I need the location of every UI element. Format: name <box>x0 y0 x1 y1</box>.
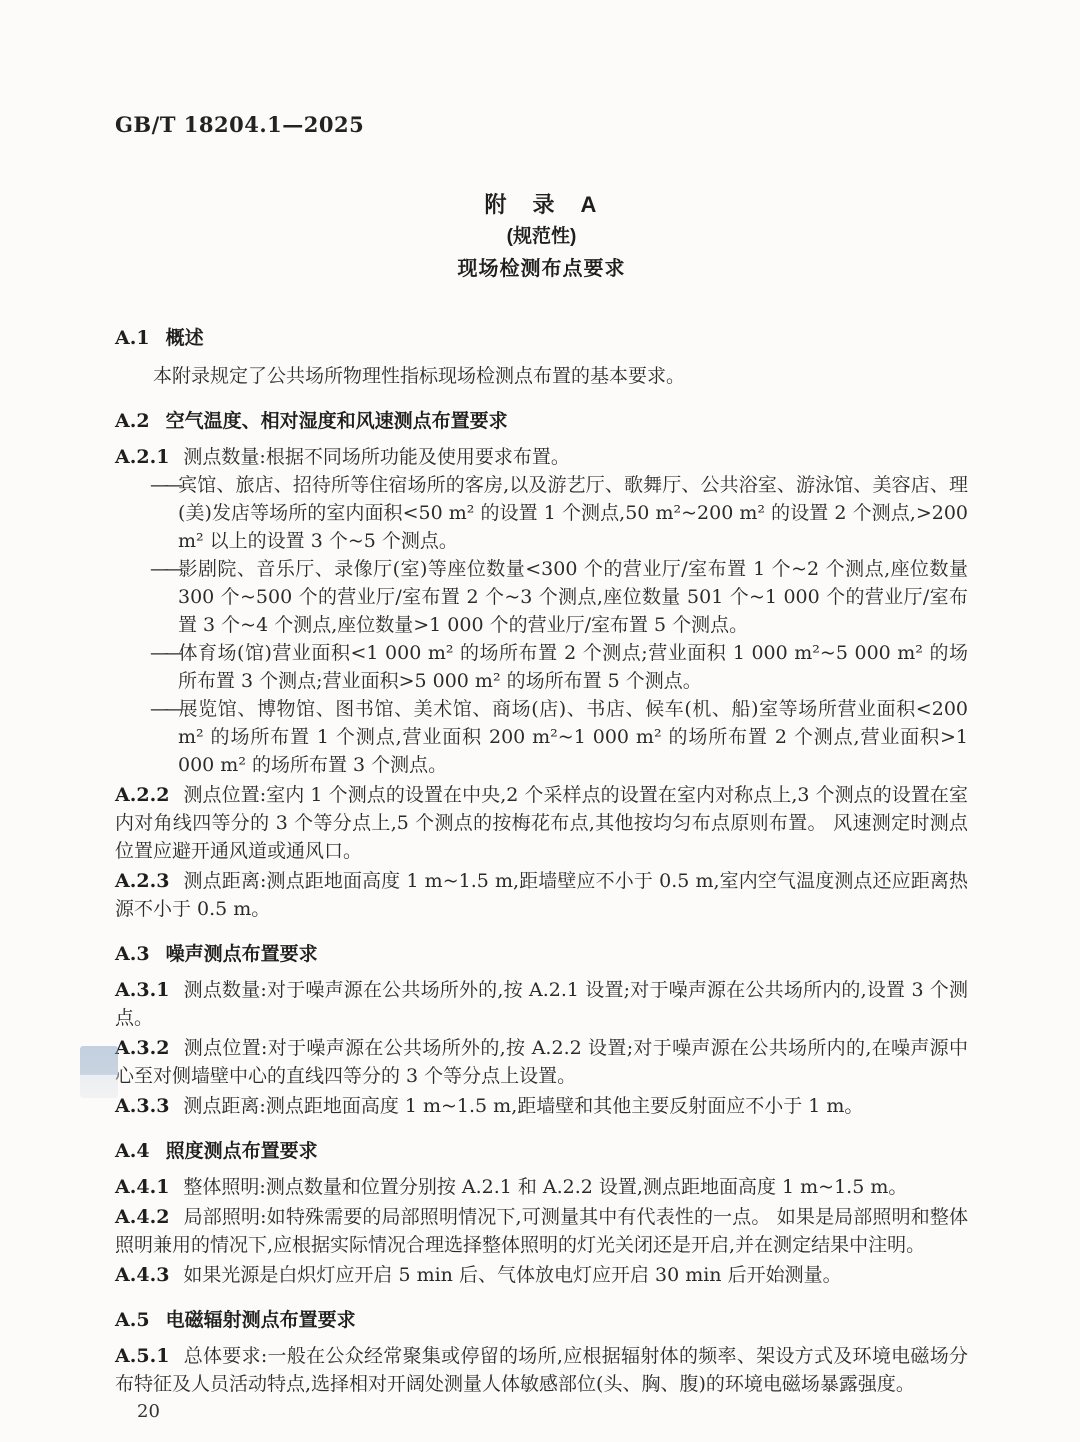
watermark-stamp <box>80 1046 118 1098</box>
clause-text: 测点距离:测点距地面高度 1 m~1.5 m,距墙壁和其他主要反射面应不小于 1… <box>183 1095 863 1117</box>
clause-text: 整体照明:测点数量和位置分别按 A.2.1 和 A.2.2 设置,测点距地面高度… <box>183 1176 907 1198</box>
standard-number: GB/T 18204.1—2025 <box>115 112 968 137</box>
clause-number: A.3.1 <box>115 979 169 1001</box>
appendix-title-block: 附 录 A (规范性) 现场检测布点要求 <box>115 189 968 285</box>
clause-a42: A.4.2局部照明:如特殊需要的局部照明情况下,可测量其中有代表性的一点。 如果… <box>115 1203 968 1259</box>
clause-a51: A.5.1总体要求:一般在公众经常聚集或停留的场所,应根据辐射体的频率、架设方式… <box>115 1342 968 1398</box>
appendix-normative: (规范性) <box>115 221 968 253</box>
clause-text: 测点数量:根据不同场所功能及使用要求布置。 <box>183 446 569 468</box>
list-item-text: 展览馆、博物馆、图书馆、美术馆、商场(店)、书店、候车(机、船)室等场所营业面积… <box>178 698 968 776</box>
section-heading-a5: A.5电磁辐射测点布置要求 <box>115 1307 968 1334</box>
clause-a41: A.4.1整体照明:测点数量和位置分别按 A.2.1 和 A.2.2 设置,测点… <box>115 1173 968 1201</box>
section-heading-a3: A.3噪声测点布置要求 <box>115 941 968 968</box>
appendix-label: 附 录 A <box>115 189 968 221</box>
clause-number: A.4.2 <box>115 1206 169 1228</box>
list-item: ——展览馆、博物馆、图书馆、美术馆、商场(店)、书店、候车(机、船)室等场所营业… <box>150 695 968 779</box>
dash-marker: —— <box>150 639 178 667</box>
clause-number: A.5.1 <box>115 1345 169 1367</box>
bullet-list: ——宾馆、旅店、招待所等住宿场所的客房,以及游艺厅、歌舞厅、公共浴室、游泳馆、美… <box>115 471 968 779</box>
section-title: 电磁辐射测点布置要求 <box>166 1310 356 1331</box>
section-title: 照度测点布置要求 <box>166 1141 318 1162</box>
list-item-text: 宾馆、旅店、招待所等住宿场所的客房,以及游艺厅、歌舞厅、公共浴室、游泳馆、美容店… <box>178 474 968 552</box>
clause-a33: A.3.3测点距离:测点距地面高度 1 m~1.5 m,距墙壁和其他主要反射面应… <box>115 1092 968 1120</box>
list-item: ——影剧院、音乐厅、录像厅(室)等座位数量<300 个的营业厅/室布置 1 个~… <box>150 555 968 639</box>
section-number: A.5 <box>115 1309 150 1331</box>
clause-a21: A.2.1测点数量:根据不同场所功能及使用要求布置。 <box>115 443 968 471</box>
clause-text: 测点数量:对于噪声源在公共场所外的,按 A.2.1 设置;对于噪声源在公共场所内… <box>115 979 968 1029</box>
clause-a23: A.2.3测点距离:测点距地面高度 1 m~1.5 m,距墙壁应不小于 0.5 … <box>115 867 968 923</box>
clause-number: A.3.2 <box>115 1037 169 1059</box>
list-item: ——宾馆、旅店、招待所等住宿场所的客房,以及游艺厅、歌舞厅、公共浴室、游泳馆、美… <box>150 471 968 555</box>
clause-number: A.2.3 <box>115 870 169 892</box>
clause-number: A.3.3 <box>115 1095 169 1117</box>
section-heading-a1: A.1概述 <box>115 325 968 352</box>
clause-a22: A.2.2测点位置:室内 1 个测点的设置在中央,2 个采样点的设置在室内对称点… <box>115 781 968 865</box>
appendix-title: 现场检测布点要求 <box>115 253 968 285</box>
section-number: A.1 <box>115 327 150 349</box>
page-number: 20 <box>137 1401 160 1422</box>
section-title: 噪声测点布置要求 <box>166 944 318 965</box>
clause-text: 测点位置:对于噪声源在公共场所外的,按 A.2.2 设置;对于噪声源在公共场所内… <box>115 1037 968 1087</box>
clause-a32: A.3.2测点位置:对于噪声源在公共场所外的,按 A.2.2 设置;对于噪声源在… <box>115 1034 968 1090</box>
list-item-text: 体育场(馆)营业面积<1 000 m² 的场所布置 2 个测点;营业面积 1 0… <box>178 642 968 692</box>
section-number: A.3 <box>115 943 150 965</box>
clause-number: A.4.3 <box>115 1264 169 1286</box>
dash-marker: —— <box>150 555 178 583</box>
clause-a43: A.4.3如果光源是白炽灯应开启 5 min 后、气体放电灯应开启 30 min… <box>115 1261 968 1289</box>
section-number: A.4 <box>115 1140 150 1162</box>
clause-number: A.2.1 <box>115 446 169 468</box>
section-heading-a4: A.4照度测点布置要求 <box>115 1138 968 1165</box>
dash-marker: —— <box>150 695 178 723</box>
list-item: ——体育场(馆)营业面积<1 000 m² 的场所布置 2 个测点;营业面积 1… <box>150 639 968 695</box>
clause-text: 测点位置:室内 1 个测点的设置在中央,2 个采样点的设置在室内对称点上,3 个… <box>115 784 968 862</box>
section-title: 空气温度、相对湿度和风速测点布置要求 <box>166 411 508 432</box>
section-title: 概述 <box>166 328 204 349</box>
section-number: A.2 <box>115 410 150 432</box>
clause-text: 如果光源是白炽灯应开启 5 min 后、气体放电灯应开启 30 min 后开始测… <box>183 1264 841 1286</box>
clause-text: 总体要求:一般在公众经常聚集或停留的场所,应根据辐射体的频率、架设方式及环境电磁… <box>115 1345 968 1395</box>
clause-number: A.4.1 <box>115 1176 169 1198</box>
section-heading-a2: A.2空气温度、相对湿度和风速测点布置要求 <box>115 408 968 435</box>
document-page: GB/T 18204.1—2025 附 录 A (规范性) 现场检测布点要求 A… <box>0 0 1080 1442</box>
list-item-text: 影剧院、音乐厅、录像厅(室)等座位数量<300 个的营业厅/室布置 1 个~2 … <box>178 558 968 636</box>
clause-text: 局部照明:如特殊需要的局部照明情况下,可测量其中有代表性的一点。 如果是局部照明… <box>115 1206 968 1256</box>
clause-text: 测点距离:测点距地面高度 1 m~1.5 m,距墙壁应不小于 0.5 m,室内空… <box>115 870 968 920</box>
dash-marker: —— <box>150 471 178 499</box>
clause-a31: A.3.1测点数量:对于噪声源在公共场所外的,按 A.2.1 设置;对于噪声源在… <box>115 976 968 1032</box>
paragraph-a1: 本附录规定了公共场所物理性指标现场检测点布置的基本要求。 <box>115 362 968 390</box>
clause-number: A.2.2 <box>115 784 169 806</box>
